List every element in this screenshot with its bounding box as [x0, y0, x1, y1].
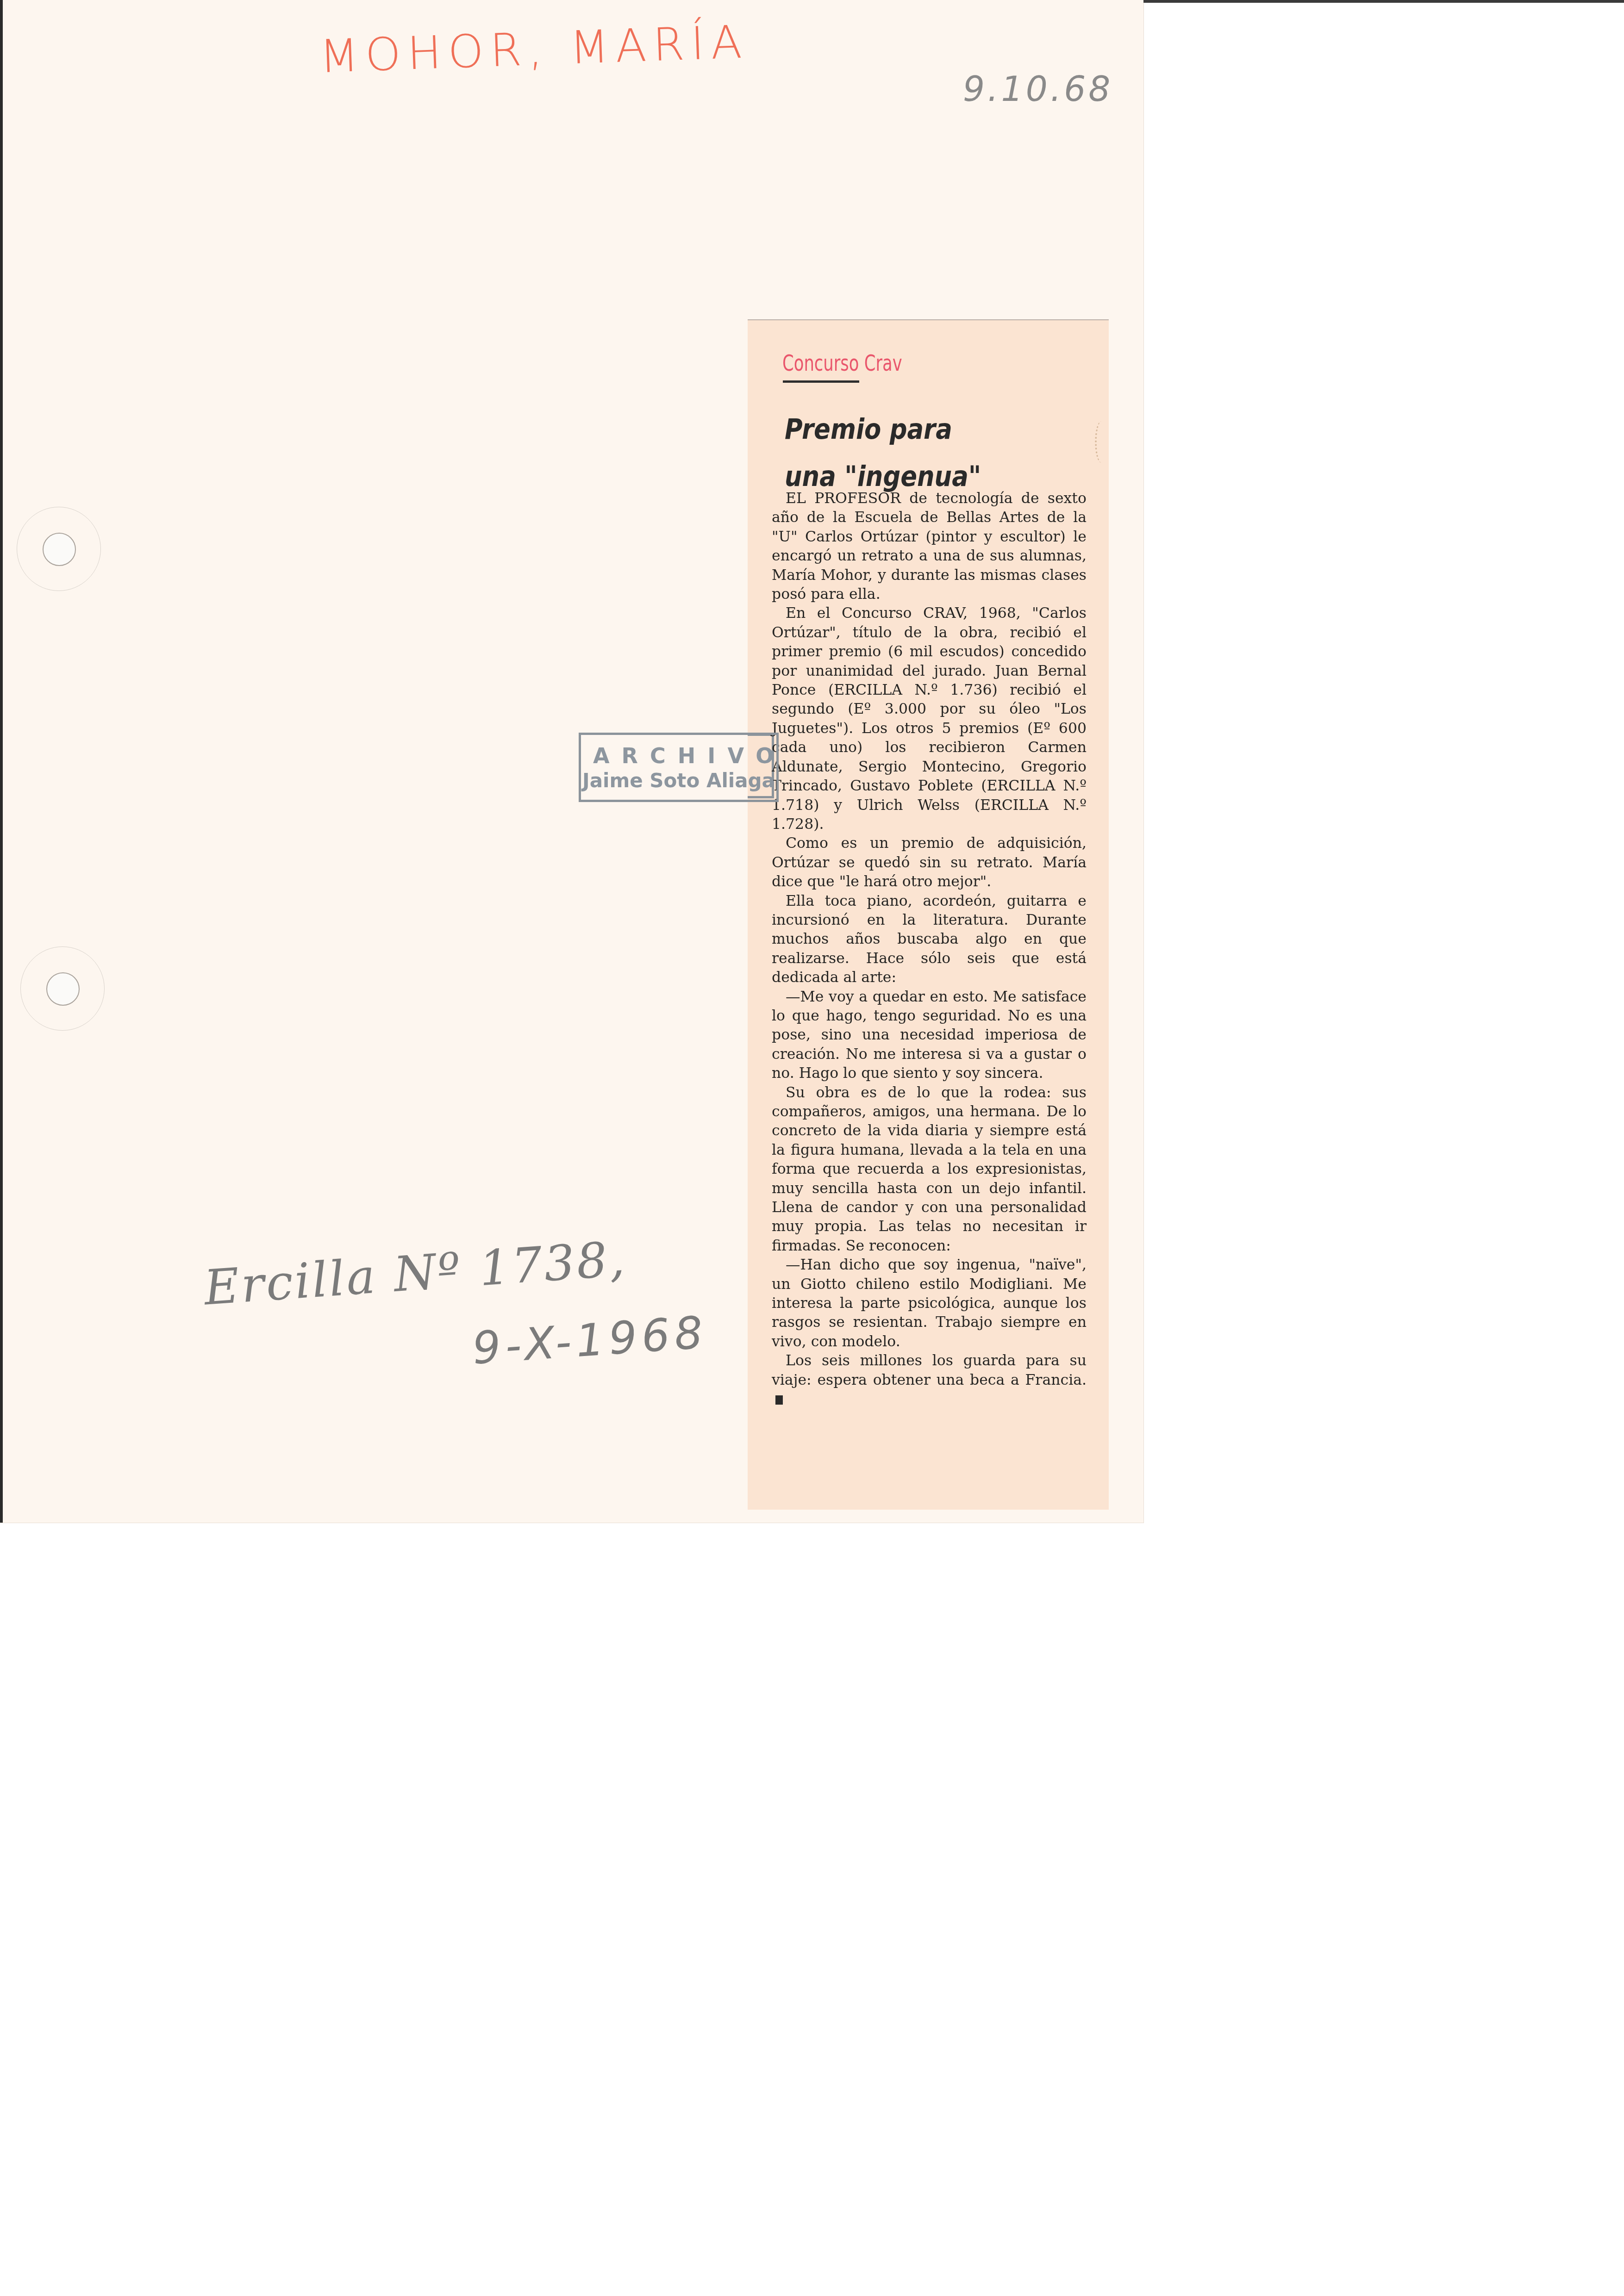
handwritten-source: Ercilla Nº 1738, — [202, 1230, 628, 1316]
punch-hole-lower — [20, 946, 105, 1031]
archive-stamp: ARCHIVO Jaime Soto Aliaga — [579, 733, 779, 802]
handwritten-date-top: 9.10.68 — [963, 69, 1113, 109]
article-paragraph: EL PROFESOR de tecnología de sexto año d… — [772, 489, 1087, 604]
punch-hole-icon — [46, 972, 80, 1006]
section-label: Concurso Crav — [782, 350, 902, 376]
section-underline — [783, 380, 859, 383]
stamp-owner: Jaime Soto Aliaga — [581, 769, 776, 792]
archive-backing-sheet: MOHOR, MARÍA 9.10.68 ARCHIVO Jaime Soto … — [0, 0, 1143, 1523]
final-paragraph-text: Los seis millones los guarda para su via… — [772, 1352, 1087, 1388]
stamp-title: ARCHIVO — [581, 743, 776, 768]
scan-edge-left — [0, 0, 3, 1523]
article-paragraph: Su obra es de lo que la rodea: sus compa… — [772, 1083, 1087, 1256]
handwritten-source-date: 9-X-1968 — [471, 1306, 709, 1374]
article-paragraph: Como es un premio de adquisición, Ortúza… — [772, 834, 1087, 891]
punch-hole-upper — [17, 507, 101, 591]
paper-fiber-debris — [1095, 421, 1108, 463]
scan-edge-top — [1143, 0, 1624, 3]
article-quote: —Me voy a quedar en esto. Me satisface l… — [772, 988, 1087, 1083]
handwritten-subject-name: MOHOR, MARÍA — [319, 16, 749, 83]
end-of-article-square-icon — [775, 1395, 783, 1405]
newspaper-clipping: Concurso Crav Premio para una "ingenua" … — [748, 319, 1109, 1510]
article-paragraph: En el Concurso CRAV, 1968, "Carlos Ortúz… — [772, 604, 1087, 834]
punch-hole-icon — [43, 533, 76, 566]
article-paragraph-final: Los seis millones los guarda para su via… — [772, 1351, 1087, 1409]
article-headline: Premio para una "ingenua" — [785, 406, 981, 500]
headline-line-1: Premio para — [785, 406, 981, 453]
article-quote: —Han dicho que soy ingenua, "naïve", un … — [772, 1256, 1087, 1351]
article-paragraph: Ella toca piano, acordeón, guitarra e in… — [772, 892, 1087, 988]
article-body: EL PROFESOR de tecnología de sexto año d… — [772, 489, 1087, 1409]
